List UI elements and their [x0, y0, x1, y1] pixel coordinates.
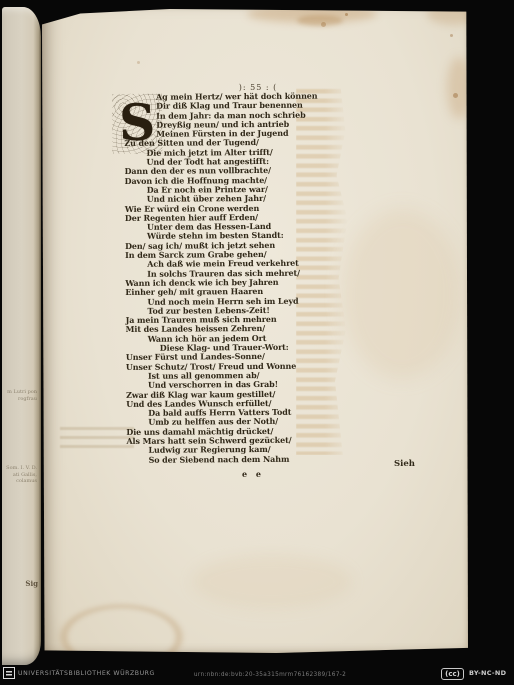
creative-commons-icon: (cc): [441, 668, 464, 680]
library-logo-icon: [3, 667, 15, 679]
facing-page-edge: m Lutri ponrogfrau Som. I. V. D.ati Gall…: [2, 7, 41, 665]
gathering-signature: e e: [242, 469, 264, 479]
facing-page-text-fragments-lower: Som. I. V. D.ati Gallis,colamus: [2, 465, 41, 485]
paper-stain: [427, 3, 479, 25]
text-fragment: colamus: [2, 478, 37, 485]
paper-stain: [447, 57, 471, 119]
text-fragment: rogfrau: [2, 396, 37, 403]
license-label: BY-NC-ND: [469, 669, 506, 677]
poem-line: So der Siebend nach dem Nahm: [119, 454, 371, 465]
book-page-scan: ): 55 : ( S Ag mein Hertz/ wer hät doch …: [42, 9, 468, 653]
paper-stain: [247, 5, 377, 23]
poem-text-block: S Ag mein Hertz/ wer hät doch könnenDir …: [116, 91, 371, 465]
text-fragment: Som. I. V. D.: [2, 465, 37, 472]
foxing-spots: [42, 9, 45, 12]
facing-page-text-fragments-upper: m Lutri ponrogfrau: [2, 389, 41, 402]
text-fragment: m Lutri pon: [2, 389, 37, 396]
ornate-initial-letter: S: [112, 94, 162, 154]
paper-stain: [192, 554, 352, 609]
watermark-bar: UNIVERSITÄTSBIBLIOTHEK WÜRZBURG urn:nbn:…: [0, 661, 514, 685]
facing-page-signature: Sig: [25, 579, 38, 588]
paper-stain: [297, 15, 343, 26]
urn-identifier: urn:nbn:de:bvb:20-35a315mrm76162389/167-…: [150, 672, 390, 678]
catchword: Sieh: [394, 459, 415, 469]
library-name: UNIVERSITÄTSBIBLIOTHEK WÜRZBURG: [18, 670, 155, 677]
